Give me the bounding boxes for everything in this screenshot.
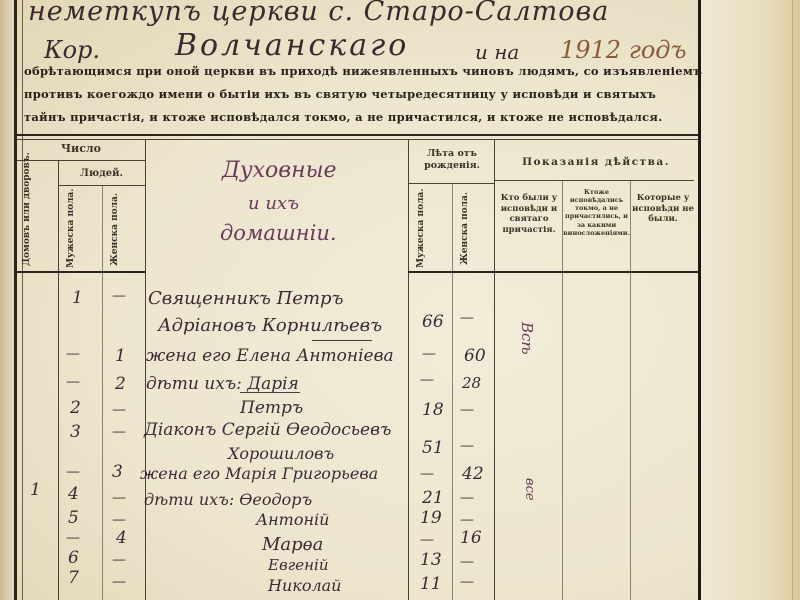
header-col-byli: Кто были у исповѣди и святаго причастія.: [496, 193, 562, 236]
col-line-muzh: [102, 186, 103, 600]
row-zhen: —: [112, 552, 126, 568]
row-age-m: 11: [420, 574, 442, 594]
header-leta: Лѣта отъ рожденія.: [410, 148, 494, 172]
row-muzh: 3: [70, 422, 81, 442]
header-bottom-rule-left: [17, 271, 145, 273]
row-age-f: —: [460, 402, 474, 418]
row-age-m: 13: [420, 550, 442, 570]
row-name: Адріановъ Корнилѣевъ: [158, 315, 382, 336]
row-age-f: —: [460, 554, 474, 570]
row-name: Діаконъ Сергій Ѳеодосьевъ: [144, 420, 391, 440]
row-name: Николай: [268, 576, 341, 595]
row-zhen: —: [112, 574, 126, 590]
row-age-f: 60: [464, 346, 486, 366]
row-name: жена его Марія Григорьева: [140, 464, 378, 483]
row-name: жена его Елена Антоніева: [146, 346, 394, 366]
col-line-byli: [562, 180, 563, 600]
header-bottom-rule-right: [408, 271, 698, 273]
row-muzh: —: [66, 346, 80, 362]
row-age-m: 51: [422, 438, 444, 458]
header-muzh: Мужеска пола.: [66, 192, 94, 268]
row-zhen: 1: [115, 346, 126, 366]
header-col-tokmo: Ктоже исповѣдались токмо, а не причастил…: [563, 188, 630, 237]
row-age-m: 66: [422, 312, 444, 332]
header-chislo: Число: [17, 142, 145, 156]
row-age-f: —: [460, 310, 474, 326]
category-line3: домашніи.: [220, 221, 337, 245]
row-zhen: 3: [112, 462, 123, 482]
row-name: Антоній: [256, 510, 329, 529]
header-and-on: и на: [475, 40, 519, 64]
row-age-m: 18: [422, 400, 444, 420]
header-zhen: Женска пола.: [110, 192, 138, 268]
header-year: 1912 годъ: [560, 36, 687, 64]
row-zhen: 4: [116, 528, 127, 548]
col-line-dvorov: [58, 160, 59, 600]
header-handwritten-line1: неметкупъ церкви с. Старо-Салтова: [28, 0, 609, 27]
table-top-rule-2: [17, 139, 698, 140]
document-page: неметкупъ церкви с. Старо-Салтова Кор. В…: [0, 0, 800, 600]
row-muzh: 5: [68, 508, 79, 528]
row-zhen: —: [112, 424, 126, 440]
row-zhen: —: [112, 490, 126, 506]
printed-line-1: обрѣтающимся при оной церкви въ приходѣ …: [24, 64, 702, 78]
row-zhen: 2: [115, 374, 126, 394]
row-age-f: —: [460, 490, 474, 506]
row-name: Священникъ Петръ: [148, 288, 344, 309]
row-age-m: —: [420, 532, 434, 548]
row-name: дѣти ихъ: Дарія: [146, 374, 299, 394]
row-muzh: —: [66, 530, 80, 546]
page-edge: [792, 0, 793, 600]
col-line-names-end: [408, 140, 409, 600]
lyudey-under-rule: [58, 185, 145, 186]
col-line-tokmo: [630, 180, 631, 600]
row-muzh: 1: [72, 288, 83, 308]
category-line2: и ихъ: [248, 193, 299, 214]
header-lyudey: Людей.: [58, 168, 145, 181]
printed-line-3: тайнъ причастія, и ктоже исповѣдался ток…: [24, 110, 663, 124]
row-age-f: —: [460, 574, 474, 590]
table-top-rule: [17, 134, 698, 136]
category-line1: Духовные: [222, 158, 337, 183]
row-age-m: 21: [422, 488, 444, 508]
row-age-m: —: [422, 346, 436, 362]
chislo-under-rule: [17, 160, 145, 161]
row-name: Петръ: [240, 398, 303, 418]
left-border-rule-inner: [22, 0, 23, 600]
header-district-name: Волчанскаго: [175, 28, 409, 63]
row-name: Марѳа: [262, 534, 323, 555]
header-pokazaniya: Показанія дѣйства.: [494, 156, 698, 169]
row-age-f: 28: [462, 374, 481, 392]
row-muzh: 7: [68, 568, 79, 588]
printed-line-2: противъ коегождо имени о бытіи ихъ въ св…: [24, 87, 656, 101]
underline-daria: [240, 392, 300, 393]
col-line-leta-end: [494, 140, 495, 600]
row-age-f: —: [460, 438, 474, 454]
page-gutter: [0, 0, 14, 600]
row-name: Евгеній: [268, 556, 328, 574]
row-name: Хорошиловъ: [228, 444, 334, 463]
row-age-m: 19: [420, 508, 442, 528]
pokazaniya-under-rule: [494, 180, 694, 181]
row-zhen: —: [112, 402, 126, 418]
row-age-f: 42: [462, 464, 484, 484]
row-age-m: —: [420, 372, 434, 388]
leta-under-rule: [408, 183, 494, 184]
header-leta-muzh: Мужеска пола.: [416, 190, 444, 268]
col-line-leta: [452, 183, 453, 600]
header-col-ne-byli: Которые у исповѣди не были.: [632, 193, 694, 225]
right-margin: [701, 0, 800, 600]
row-zhen: —: [112, 512, 126, 528]
ink-stroke: [312, 340, 372, 341]
row-muzh: 2: [70, 398, 81, 418]
col-line-chislo-end: [145, 140, 146, 600]
row-muzh: —: [66, 374, 80, 390]
row-muzh: 6: [68, 548, 79, 568]
header-leta-zhen: Женска пола.: [460, 190, 488, 268]
annotation-byli-1: Всѣ: [518, 322, 536, 355]
row-age-f: —: [460, 512, 474, 528]
row-age-m: —: [420, 466, 434, 482]
row-zhen: —: [112, 288, 126, 304]
header-dvorov: Домовъ или дворовъ.: [22, 170, 54, 266]
row-muzh: 4: [68, 484, 79, 504]
left-border-rule: [14, 0, 17, 600]
annotation-byli-2: все: [522, 478, 537, 501]
header-district-prefix: Кор.: [44, 36, 100, 64]
row-muzh: —: [66, 464, 80, 480]
row-age-f: 16: [460, 528, 482, 548]
row-dvorov: 1: [30, 480, 41, 500]
row-name: дѣти ихъ: Ѳеодоръ: [144, 490, 312, 509]
